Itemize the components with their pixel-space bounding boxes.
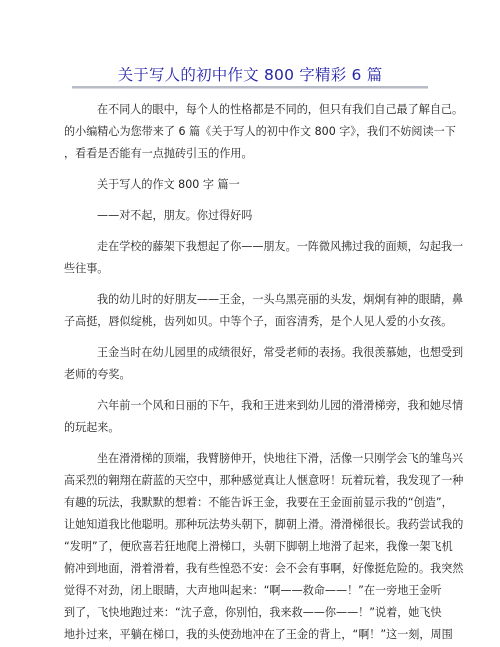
text-line: 有趣的玩法，我默默的想着：不能告诉王金，我要在王金面前显示我的“创造”，	[64, 492, 424, 514]
text-line: 坐在滑滑梯的顶端，我臂膀伸开，快地往下滑，活像一只刚学会飞的雏鸟兴	[74, 448, 424, 470]
essay-subtitle: ——对不起，朋友。你过得好吗	[74, 205, 424, 227]
text-line: 的玩起来。	[64, 417, 424, 439]
section-heading: 关于写人的作文 800 字 篇一	[74, 174, 424, 196]
title-divider	[72, 86, 428, 89]
paragraph: 王金当时在幼儿园里的成绩很好，常受老师的表扬。我很羡慕她，也想受到 老师的夸奖。	[74, 342, 424, 386]
paragraph: 坐在滑滑梯的顶端，我臂膀伸开，快地往下滑，活像一只刚学会飞的雏鸟兴 高采烈的翱翔…	[74, 448, 424, 646]
text-line: 我的幼儿时的好朋友——王金，一头乌黑亮丽的头发，炯炯有神的眼睛，鼻	[74, 289, 424, 311]
intro-paragraph: 在不同人的眼中，每个人的性格都是不同的，但只有我们自己最了解自己。 的小编精心为…	[74, 99, 424, 165]
text-line: 的小编精心为您带来了 6 篇《关于写人的初中作文 800 字》，我们不妨阅读一下	[64, 121, 424, 143]
text-line: 子高挺，唇似绽桃，齿列如贝。中等个子，面容清秀，是个人见人爱的小女孩。	[64, 311, 424, 333]
text-line: 地扑过来，平躺在梯口，我的头使劲地冲在了王金的背上，“啊！”这一刻，周围	[64, 624, 424, 646]
text-line: 王金当时在幼儿园里的成绩很好，常受老师的表扬。我很羡慕她，也想受到	[74, 342, 424, 364]
text-line: 老师的夸奖。	[64, 364, 424, 386]
text-line: 六年前一个风和日丽的下午，我和王进来到幼儿园的滑滑梯旁，我和她尽情	[74, 395, 424, 417]
text-line: 俯冲到地面，滑着滑着，我有些惶恐不安：会不会有事啊，好像挺危险的。我突然	[64, 558, 424, 580]
paragraph: 六年前一个风和日丽的下午，我和王进来到幼儿园的滑滑梯旁，我和她尽情 的玩起来。	[74, 395, 424, 439]
document-page: 关于写人的初中作文 800 字精彩 6 篇 在不同人的眼中，每个人的性格都是不同…	[0, 0, 500, 647]
text-line: 些往事。	[64, 258, 424, 280]
text-line: “发明”了，便欣喜若狂地爬上滑梯口，头朝下脚朝上地滑了起来，我像一架飞机	[64, 536, 424, 558]
text-line: 让她知道我比他聪明。那种玩法势头朝下，脚朝上滑。滑滑梯很长。我药尝试我的	[64, 514, 424, 536]
document-title: 关于写人的初中作文 800 字精彩 6 篇	[0, 63, 500, 85]
paragraph: 我的幼儿时的好朋友——王金，一头乌黑亮丽的头发，炯炯有神的眼睛，鼻 子高挺，唇似…	[74, 289, 424, 333]
text-line: 到了，飞快地跑过来：“沈子意，你别怕，我来救——你——！”说着，她飞快	[64, 602, 424, 624]
paragraph: 走在学校的藤架下我想起了你——朋友。一阵微风拂过我的面颊，勾起我一 些往事。	[74, 236, 424, 280]
text-line: 走在学校的藤架下我想起了你——朋友。一阵微风拂过我的面颊，勾起我一	[74, 236, 424, 258]
text-line: 觉得不对劲，闭上眼睛，大声地叫起来：“啊——救命——！”在一旁地王金听	[64, 580, 424, 602]
document-body: 在不同人的眼中，每个人的性格都是不同的，但只有我们自己最了解自己。 的小编精心为…	[74, 99, 424, 647]
text-line: 在不同人的眼中，每个人的性格都是不同的，但只有我们自己最了解自己。	[74, 99, 424, 121]
text-line: 高采烈的翱翔在蔚蓝的天空中，那种感觉真让人惬意呀！玩着玩着，我发现了一种	[64, 470, 424, 492]
text-line: ，看看是否能有一点抛砖引玉的作用。	[64, 143, 424, 165]
